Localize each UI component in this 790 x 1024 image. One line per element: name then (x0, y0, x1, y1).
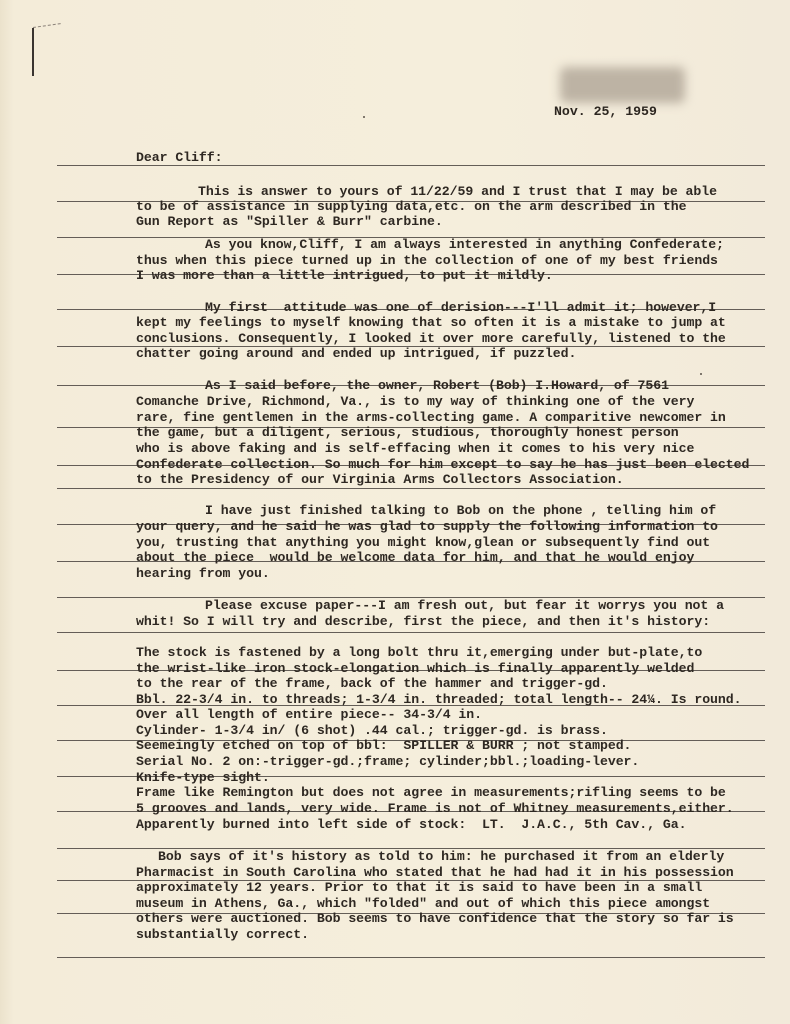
paragraph-3-line: My first attitude was one of derision---… (205, 300, 716, 315)
ruled-line (57, 488, 765, 489)
paragraph-7-line: The stock is fastened by a long bolt thr… (136, 645, 702, 660)
paragraph-7-line: Bbl. 22-3/4 in. to threads; 1-3/4 in. th… (136, 692, 742, 707)
paragraph-7-line: Apparently burned into left side of stoc… (136, 817, 686, 832)
paragraph-3-line: chatter going around and ended up intrig… (136, 346, 576, 361)
margin-bracket-mark (32, 28, 34, 76)
paragraph-1-line: Gun Report as "Spiller & Burr" carbine. (136, 214, 443, 229)
paragraph-2-line: thus when this piece turned up in the co… (136, 253, 718, 268)
paragraph-5-line: about the piece would be welcome data fo… (136, 550, 694, 565)
ruled-line (57, 957, 765, 958)
paragraph-2-line: As you know,Cliff, I am always intereste… (205, 237, 724, 252)
paragraph-8-line: substantially correct. (136, 927, 309, 942)
salutation: Dear Cliff: (136, 150, 223, 165)
ink-speck (363, 116, 365, 118)
paragraph-3-line: kept my feelings to myself knowing that … (136, 315, 726, 330)
paragraph-5-line: hearing from you. (136, 566, 270, 581)
paragraph-4-line: Confederate collection. So much for him … (136, 457, 749, 472)
paragraph-5-line: I have just finished talking to Bob on t… (205, 503, 716, 518)
paragraph-4-line: who is above faking and is self-effacing… (136, 441, 694, 456)
paragraph-2-line: I was more than a little intrigued, to p… (136, 268, 553, 283)
margin-pencil-tick (33, 23, 61, 29)
paragraph-7-line: Serial No. 2 on:-trigger-gd.;frame; cyli… (136, 754, 639, 769)
paragraph-7-line: Cylinder- 1-3/4 in/ (6 shot) .44 cal.; t… (136, 723, 608, 738)
paragraph-7-line: 5 grooves and lands, very wide. Frame is… (136, 801, 734, 816)
paragraph-8-line: Bob says of it's history as told to him:… (158, 849, 724, 864)
paragraph-8-line: others were auctioned. Bob seems to have… (136, 911, 734, 926)
paragraph-6-line: Please excuse paper---I am fresh out, bu… (205, 598, 724, 613)
ruled-line (57, 165, 765, 166)
paragraph-5-line: you, trusting that anything you might kn… (136, 535, 710, 550)
paragraph-5-line: your query, and he said he was glad to s… (136, 519, 718, 534)
paragraph-7-line: Seemeingly etched on top of bbl: SPILLER… (136, 738, 631, 753)
letter-date: Nov. 25, 1959 (554, 104, 657, 119)
paragraph-1-line: to be of assistance in supplying data,et… (136, 199, 686, 214)
letter-page: Nov. 25, 1959 Dear Cliff: This is answer… (0, 0, 790, 1024)
paragraph-7-line: the wrist-like iron stock-elongation whi… (136, 661, 694, 676)
paragraph-7-line: Frame like Remington but does not agree … (136, 785, 726, 800)
paragraph-6-line: whit! So I will try and describe, first … (136, 614, 710, 629)
ink-speck (700, 373, 702, 375)
paragraph-4-line: the game, but a diligent, serious, studi… (136, 425, 679, 440)
paragraph-4-line: rare, fine gentlemen in the arms-collect… (136, 410, 726, 425)
paragraph-4-line: Comanche Drive, Richmond, Va., is to my … (136, 394, 694, 409)
paragraph-8-line: museum in Athens, Ga., which "folded" an… (136, 896, 710, 911)
paragraph-8-line: Pharmacist in South Carolina who stated … (136, 865, 734, 880)
paragraph-7-line: Over all length of entire piece-- 34-3/4… (136, 707, 482, 722)
paragraph-7-line: to the rear of the frame, back of the ha… (136, 676, 608, 691)
paragraph-3-line: conclusions. Consequently, I looked it o… (136, 331, 726, 346)
paragraph-1-line: This is answer to yours of 11/22/59 and … (198, 184, 717, 199)
paragraph-7-line: Knife-type sight. (136, 770, 270, 785)
paragraph-4-line: As I said before, the owner, Robert (Bob… (205, 378, 669, 393)
redacted-letterhead (560, 67, 685, 103)
paragraph-8-line: approximately 12 years. Prior to that it… (136, 880, 702, 895)
paragraph-4-line: to the Presidency of our Virginia Arms C… (136, 472, 624, 487)
ruled-line (57, 632, 765, 633)
